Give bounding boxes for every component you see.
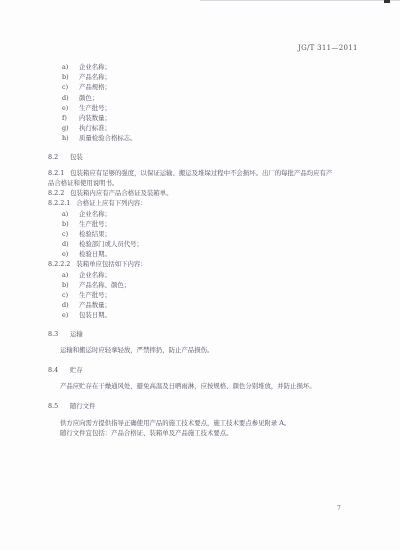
storage-text: 产品应贮存在干燥通风处，避免高温及日晒雨淋，应按规格、颜色分别堆放，并防止损坏。 [48,381,348,391]
packing-list-items: a)企业名称； b)产品名称、颜色； c)生产批号； d)产品数量； e)包装日… [48,270,348,321]
documents-text-line2: 随行文件宜包括：产品合格证、装箱单及产品施工技术要点。 [48,428,348,438]
item-label: d) [62,239,76,249]
item-text: 包装日期。 [79,310,111,320]
item-label: b) [62,72,76,82]
item-text: 颜色； [79,93,98,103]
item-label: e) [62,310,76,320]
item-label: e) [62,103,76,113]
list-item: a)企业名称； [48,209,348,219]
item-text: 执行标准； [79,123,111,133]
list-item: b)产品名称、颜色； [48,280,348,290]
item-label: a) [62,270,76,280]
list-item: b)产品名称； [48,72,348,82]
clause-number: 8.2.2 [48,189,64,197]
section-heading-8-3: 8.3运输 [48,329,348,339]
item-label: b) [62,219,76,229]
section-number: 8.2 [48,152,70,162]
clause-text: 装箱单应包括如下内容： [76,260,146,268]
label-list-1: a)企业名称； b)产品名称； c)产品规格； d)颜色； e)生产批号； f)… [48,62,348,144]
document-body: a)企业名称； b)产品名称； c)产品规格； d)颜色； e)生产批号； f)… [48,62,348,438]
section-heading-8-2: 8.2包装 [48,152,348,162]
section-title: 随行文件 [70,402,96,410]
scan-edge-line [200,0,400,1]
clause-8-2-2-2: 8.2.2.2装箱单应包括如下内容： [48,259,348,269]
clause-text: 包装箱应有足够的强度，以保证运输、搬运及堆垛过程中不会损坏。出厂的每批产品均应有… [70,169,332,177]
item-text: 检验日期。 [79,249,111,259]
clause-8-2-1: 8.2.1包装箱应有足够的强度，以保证运输、搬运及堆垛过程中不会损坏。出厂的每批… [48,168,348,178]
item-text: 检验结果； [79,229,111,239]
item-label: d) [62,93,76,103]
item-label: a) [62,62,76,72]
item-text: 内装数量； [79,113,111,123]
section-heading-8-5: 8.5随行文件 [48,401,348,411]
clause-8-2-2-1: 8.2.2.1合格证上应有下列内容： [48,198,348,208]
list-item: e)包装日期。 [48,310,348,320]
clause-number: 8.2.2.1 [48,199,70,207]
item-text: 质量检验合格标志。 [79,133,137,143]
list-item: c)生产批号； [48,290,348,300]
page-number: 7 [337,505,341,512]
item-label: c) [62,229,76,239]
list-item: a)企业名称； [48,62,348,72]
list-item: c)产品规格； [48,82,348,92]
list-item: d)产品数量； [48,300,348,310]
item-label: g) [62,123,76,133]
list-item: e)检验日期。 [48,249,348,259]
section-title: 贮存 [70,366,83,374]
section-title: 包装 [70,153,83,161]
item-label: c) [62,82,76,92]
certificate-list: a)企业名称； b)生产批号； c)检验结果； d)检验部门或人员代号； e)检… [48,209,348,260]
item-text: 企业名称； [79,270,111,280]
item-text: 产品规格； [79,82,111,92]
standard-code: JG/T 311—2011 [298,44,358,52]
list-item: e)生产批号； [48,103,348,113]
list-item: a)企业名称； [48,270,348,280]
item-text: 产品数量； [79,300,111,310]
list-item: c)检验结果； [48,229,348,239]
item-text: 企业名称； [79,209,111,219]
item-label: b) [62,280,76,290]
clause-text: 合格证上应有下列内容： [76,199,146,207]
item-text: 检验部门或人员代号； [79,239,143,249]
list-item: b)生产批号； [48,219,348,229]
documents-text-line1: 供方应向需方提供指导正确使用产品的施工技术要点，施工技术要点参见附录 A。 [48,418,348,428]
item-label: c) [62,290,76,300]
item-text: 生产批号； [79,290,111,300]
section-number: 8.3 [48,329,70,339]
section-heading-8-4: 8.4贮存 [48,365,348,375]
clause-text: 包装箱内应有产品合格证及装箱单。 [70,189,172,197]
item-text: 生产批号； [79,103,111,113]
list-item: h)质量检验合格标志。 [48,133,348,143]
section-number: 8.5 [48,401,70,411]
item-text: 企业名称； [79,62,111,72]
item-text: 产品名称、颜色； [79,280,130,290]
transport-text: 运输和搬运时应轻拿轻放，严禁摔扔，防止产品损伤。 [48,345,348,355]
list-item: g)执行标准； [48,123,348,133]
item-label: d) [62,300,76,310]
clause-8-2-2: 8.2.2包装箱内应有产品合格证及装箱单。 [48,188,348,198]
clause-8-2-1-continued: 品合格证和使用说明书。 [48,178,348,188]
list-item: d)颜色； [48,93,348,103]
list-item: d)检验部门或人员代号； [48,239,348,249]
section-number: 8.4 [48,365,70,375]
item-label: e) [62,249,76,259]
scan-corner-mark [384,0,390,3]
item-label: a) [62,209,76,219]
clause-number: 8.2.1 [48,169,64,177]
item-label: f) [62,113,76,123]
item-text: 产品名称； [79,72,111,82]
item-label: h) [62,133,76,143]
list-item: f)内装数量； [48,113,348,123]
section-title: 运输 [70,330,83,338]
clause-number: 8.2.2.2 [48,260,70,268]
item-text: 生产批号； [79,219,111,229]
